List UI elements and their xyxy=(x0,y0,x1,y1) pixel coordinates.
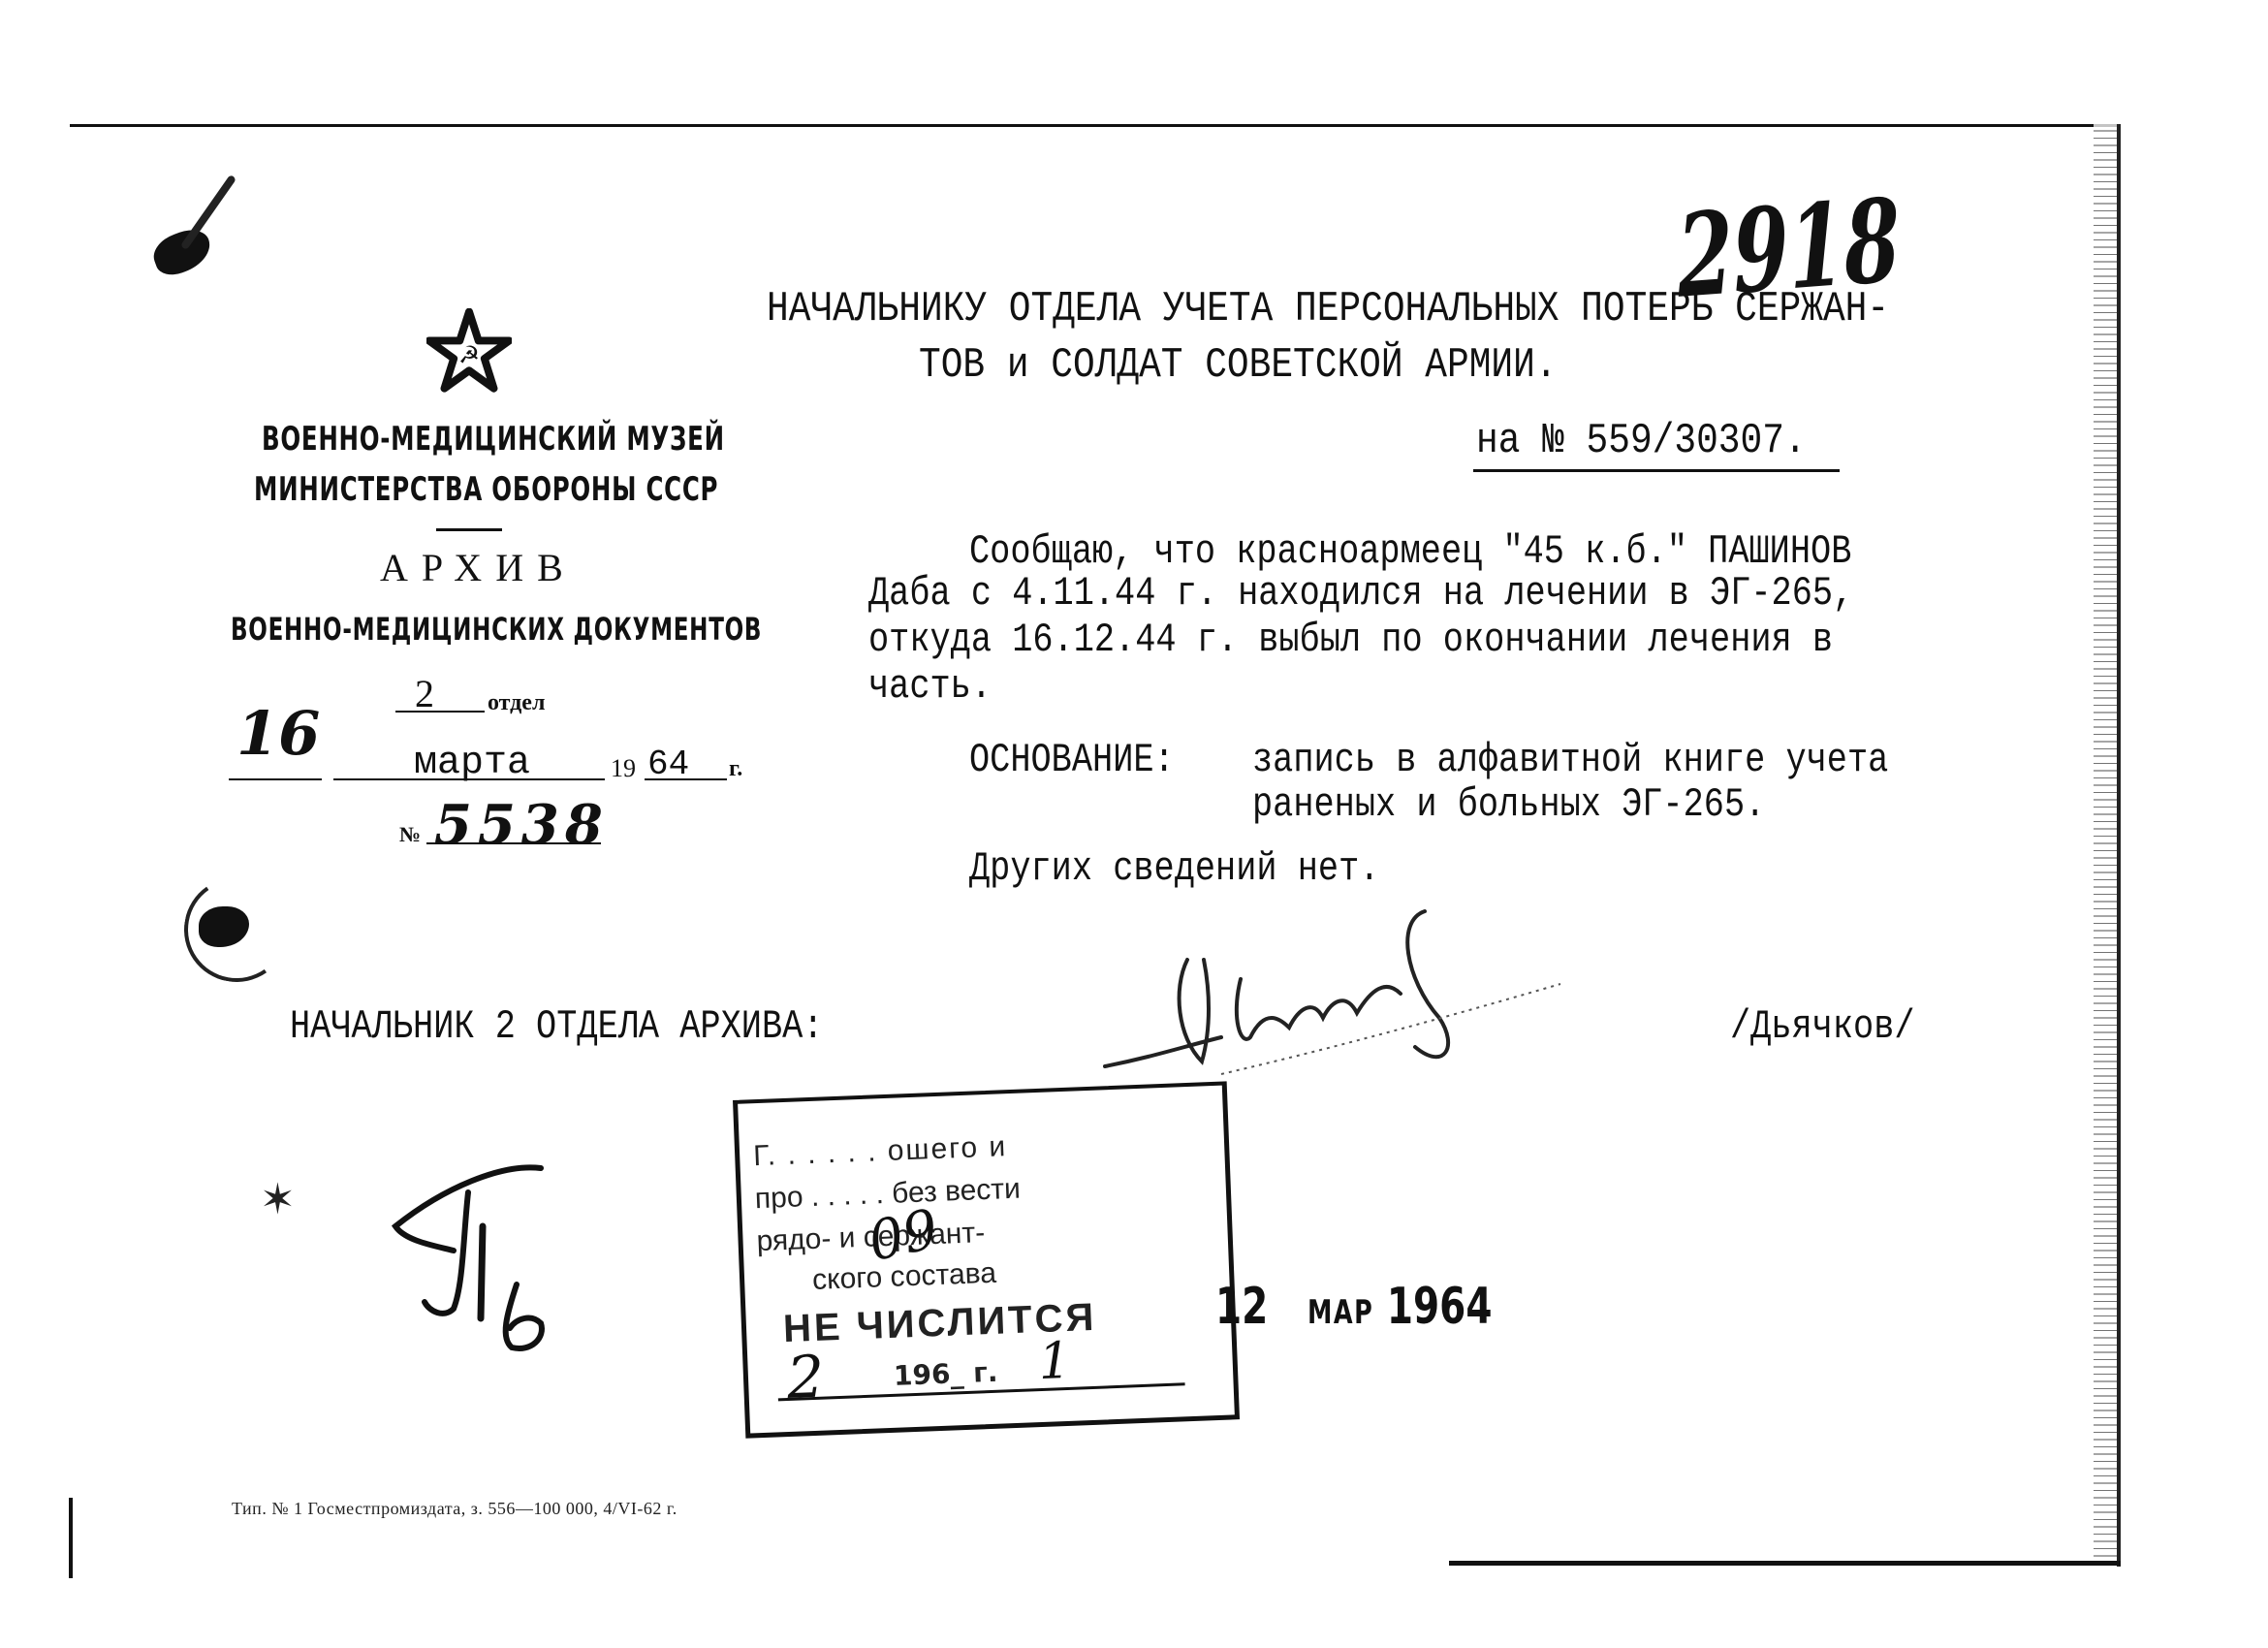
stamp-handwritten-mark: 2 xyxy=(786,1344,826,1412)
reference-underline xyxy=(1473,469,1840,472)
stamp-year-line: 196_ г. xyxy=(893,1356,998,1392)
basis-line-1: запись в алфавитной книге учета xyxy=(1252,737,1888,783)
page-right-edge xyxy=(2117,124,2121,1567)
archive-subtitle: ВОЕННО-МЕДИЦИНСКИХ ДОКУМЕНТОВ xyxy=(231,611,762,648)
org-name-line1: ВОЕННО-МЕДИЦИНСКИЙ МУЗЕЙ xyxy=(262,420,725,459)
letterhead-divider xyxy=(436,528,502,531)
addressee-line2: ТОВ и СОЛДАТ СОВЕТСКОЙ АРМИИ. xyxy=(919,341,1558,390)
signatory-name: /Дьячков/ xyxy=(1730,1003,1915,1050)
ink-blot-top xyxy=(148,224,216,280)
date-year-underline xyxy=(645,778,727,780)
bottom-border-line xyxy=(1449,1561,2121,1566)
handwritten-margin-note xyxy=(386,1158,560,1352)
printer-imprint: Тип. № 1 Госместпромиздата, з. 556—100 0… xyxy=(232,1499,677,1519)
date-year-suffix: г. xyxy=(729,756,742,782)
handwritten-signature xyxy=(1095,902,1638,1086)
stamp-date-month: МАР xyxy=(1307,1293,1373,1332)
date-year-prefix: 19 xyxy=(611,754,636,783)
stamp-date-day: 12 xyxy=(1215,1278,1268,1336)
date-day-underline xyxy=(229,778,322,780)
asterisk-mark-icon: ✶ xyxy=(260,1175,296,1224)
outgoing-number-label: № xyxy=(399,822,421,847)
not-listed-stamp: Г. . . . . . ошего и про . . . . . без в… xyxy=(733,1081,1240,1438)
stamp-line-1: Г. . . . . . ошего и xyxy=(753,1130,1008,1173)
outgoing-number-underline xyxy=(426,842,601,844)
body-line-3: откуда 16.12.44 г. выбыл по окончании ле… xyxy=(868,617,1833,663)
handwritten-registration-number: 2918 xyxy=(1675,173,1903,324)
basis-label: ОСНОВАНИЕ: xyxy=(969,737,1175,783)
org-name-line2: МИНИСТЕРСТВА ОБОРОНЫ СССР xyxy=(254,470,718,509)
department-label: отдел xyxy=(488,690,545,716)
basis-line-2: раненых и больных ЭГ-265. xyxy=(1252,781,1765,828)
left-margin-mark xyxy=(69,1498,73,1578)
date-day-handwritten: 16 xyxy=(236,698,320,769)
archive-title: АРХИВ xyxy=(380,545,577,590)
svg-text:☭: ☭ xyxy=(458,340,480,368)
department-number: 2 xyxy=(415,671,434,716)
body-line-1: Сообщаю, что красноармеец "45 к.б." ПАШИ… xyxy=(969,528,1851,575)
reference-number: на № 559/30307. xyxy=(1476,417,1807,465)
department-underline xyxy=(395,711,485,713)
star-emblem-icon: ☭ xyxy=(426,308,512,394)
stamp-date: 12 МАР 1964 xyxy=(1215,1278,1492,1336)
body-line-4: часть. xyxy=(868,663,992,710)
stamp-date-year: 1964 xyxy=(1387,1278,1493,1336)
outgoing-number-handwritten: 5538 xyxy=(434,793,609,857)
stamp-handwritten-initials: 1 xyxy=(1037,1332,1071,1391)
date-month-underline xyxy=(333,778,605,780)
body-line-2: Даба с 4.11.44 г. находился на лечении в… xyxy=(868,570,1853,617)
signatory-title: НАЧАЛЬНИК 2 ОТДЕЛА АРХИВА: xyxy=(290,1003,823,1050)
closing-statement: Других сведений нет. xyxy=(969,845,1379,892)
top-border-line xyxy=(70,124,2120,127)
